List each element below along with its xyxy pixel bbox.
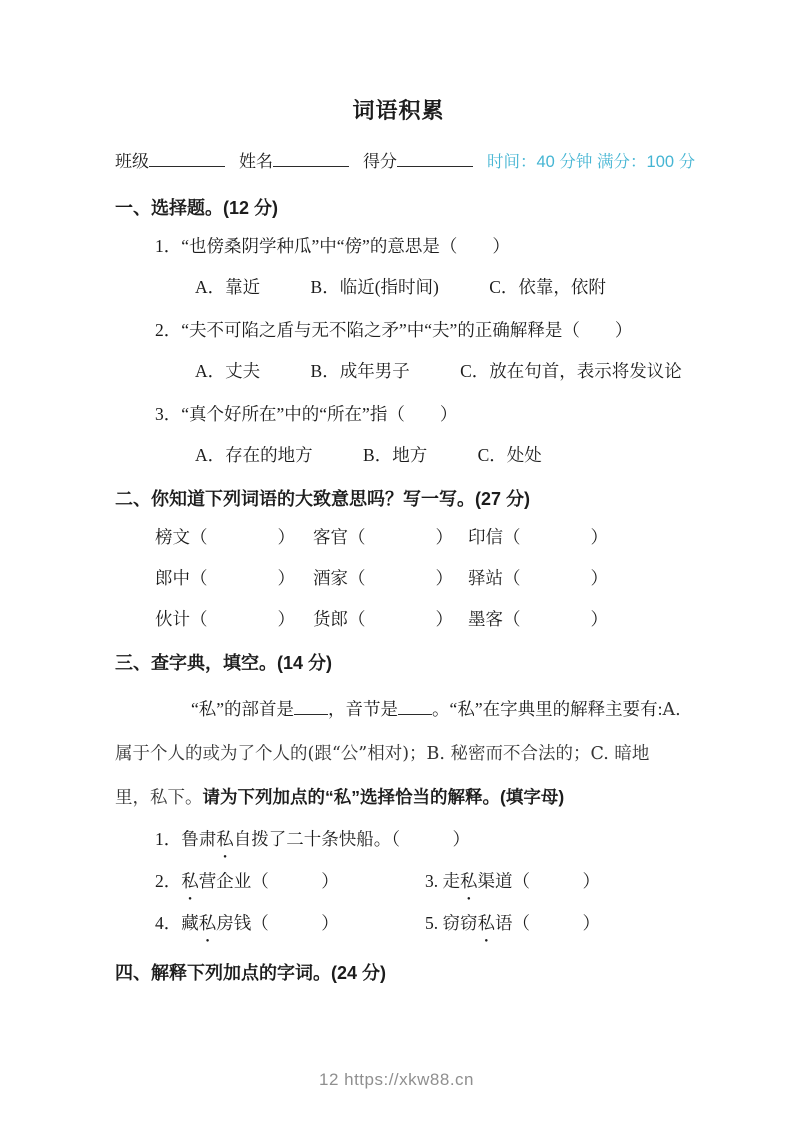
worksheet-page: 词语积累 班级 姓名 得分 时间：40 分钟 满分：100 分 一、选择题。(1… — [0, 0, 793, 1122]
s3-para-mid: ，音节是 — [328, 699, 398, 719]
q3-option-a: A．存在的地方 — [195, 445, 313, 465]
s3-item-5-pre: 窃窃 — [443, 913, 478, 933]
syllable-blank — [398, 701, 432, 715]
s3-item-5-num: 5. — [425, 913, 443, 933]
s3-item-1-dotted-char: 私 — [216, 826, 234, 851]
s3-item-row-2-3: 2．私营企业（ ） 3. 走私渠道（ ） — [115, 868, 682, 893]
word-blank-huoji: 伙计（ ） — [155, 606, 313, 631]
word-row-1: 榜文（ ） 客官（ ） 印信（ ） — [115, 524, 682, 549]
dictionary-paragraph: “私”的部首是，音节是。“私”在字典里的解释主要有:A. 属于个人的或为了个人的… — [115, 688, 682, 820]
page-title: 词语积累 — [115, 94, 682, 125]
question-2-stem: 2．“夫不可陷之盾与无不陷之矛”中“夫”的正确解释是（ ） — [115, 317, 682, 342]
score-field: 得分 — [363, 147, 473, 172]
score-blank-line — [397, 152, 473, 167]
word-blank-jiujia: 酒家（ ） — [313, 565, 468, 590]
score-label: 得分 — [363, 152, 397, 171]
s3-item-1-pre: 鲁肃 — [181, 829, 216, 849]
q1-option-c: C．依靠，依附 — [489, 277, 606, 297]
word-blank-keguan: 客官（ ） — [313, 524, 468, 549]
footer-watermark: 12 https://xkw88.cn — [0, 1070, 793, 1090]
s3-item-row-4-5: 4．藏私房钱（ ） 5. 窃窃私语（ ） — [115, 910, 682, 935]
s3-item-5: 5. 窃窃私语（ ） — [425, 910, 600, 935]
s3-item-4-pre: 藏 — [181, 913, 199, 933]
section-2-heading: 二、你知道下列词语的大致意思吗？写一写。(27 分) — [115, 485, 682, 511]
s3-item-3-post: 渠道（ ） — [478, 871, 601, 891]
word-blank-langzhong: 郎中（ ） — [155, 565, 313, 590]
q3-option-b: B．地方 — [363, 445, 427, 465]
s3-item-1-num: 1． — [155, 829, 181, 849]
s3-para-instruction: 请为下列加点的“私”选择恰当的解释。(填字母) — [203, 787, 565, 807]
q1-option-a: A．靠近 — [195, 277, 260, 297]
exam-time-info: 时间：40 分钟 满分：100 分 — [487, 148, 695, 172]
section-4-heading: 四、解释下列加点的字词。(24 分) — [115, 959, 682, 985]
s3-item-5-post: 语（ ） — [495, 913, 600, 933]
word-row-2: 郎中（ ） 酒家（ ） 驿站（ ） — [115, 565, 682, 590]
word-row-3: 伙计（ ） 货郎（ ） 墨客（ ） — [115, 606, 682, 631]
class-field: 班级 — [115, 147, 225, 172]
s3-item-4-post: 房钱（ ） — [216, 913, 339, 933]
s3-item-2-dotted-char: 私 — [181, 868, 199, 893]
question-3-options: A．存在的地方 B．地方 C．处处 — [115, 442, 682, 467]
s3-para-tail: 。“私”在字典里的解释主要有: — [432, 699, 662, 719]
worksheet-content: 词语积累 班级 姓名 得分 时间：40 分钟 满分：100 分 一、选择题。(1… — [115, 94, 682, 998]
question-1-stem: 1．“也傍桑阴学种瓜”中“傍”的意思是（ ） — [115, 233, 682, 258]
q2-option-b: B．成年男子 — [311, 361, 410, 381]
word-blank-moke: 墨客（ ） — [468, 606, 682, 631]
s3-item-4-dotted-char: 私 — [199, 910, 217, 935]
q3-option-c: C．处处 — [478, 445, 542, 465]
s3-item-4: 4．藏私房钱（ ） — [155, 910, 425, 935]
s3-item-5-dotted-char: 私 — [478, 910, 496, 935]
word-blank-yizhan: 驿站（ ） — [468, 565, 682, 590]
question-2-options: A．丈夫 B．成年男子 C．放在句首，表示将发议论 — [115, 358, 682, 383]
class-blank-line — [149, 152, 225, 167]
student-info-fields: 班级 姓名 得分 — [115, 147, 487, 172]
q1-option-b: B．临近(指时间) — [311, 277, 439, 297]
s3-item-3: 3. 走私渠道（ ） — [425, 868, 600, 893]
name-field: 姓名 — [239, 147, 349, 172]
question-1-options: A．靠近 B．临近(指时间) C．依靠，依附 — [115, 274, 682, 299]
s3-item-3-pre: 走 — [443, 871, 461, 891]
word-blank-yinxin: 印信（ ） — [468, 524, 682, 549]
s3-item-2-num: 2． — [155, 871, 181, 891]
header-info-row: 班级 姓名 得分 时间：40 分钟 满分：100 分 — [115, 147, 682, 172]
q2-option-c: C．放在句首，表示将发议论 — [460, 361, 682, 381]
name-label: 姓名 — [239, 152, 273, 171]
question-3-stem: 3．“真个好所在”中的“所在”指（ ） — [115, 401, 682, 426]
s3-item-3-num: 3. — [425, 871, 443, 891]
class-label: 班级 — [115, 152, 149, 171]
radical-blank — [294, 701, 328, 715]
word-blank-bangwen: 榜文（ ） — [155, 524, 313, 549]
section-1-heading: 一、选择题。(12 分) — [115, 194, 682, 220]
section-3-heading: 三、查字典，填空。(14 分) — [115, 649, 682, 675]
s3-item-1-post: 自拨了二十条快船。（ ） — [234, 829, 470, 849]
s3-item-3-dotted-char: 私 — [460, 868, 478, 893]
s3-item-4-num: 4． — [155, 913, 181, 933]
word-blank-huolang: 货郎（ ） — [313, 606, 468, 631]
s3-item-2-post: 营企业（ ） — [199, 871, 339, 891]
s3-item-1: 1．鲁肃私自拨了二十条快船。（ ） — [115, 826, 682, 851]
q2-option-a: A．丈夫 — [195, 361, 260, 381]
name-blank-line — [273, 152, 349, 167]
s3-item-2: 2．私营企业（ ） — [155, 868, 425, 893]
s3-para-lead: “私”的部首是 — [191, 699, 294, 719]
